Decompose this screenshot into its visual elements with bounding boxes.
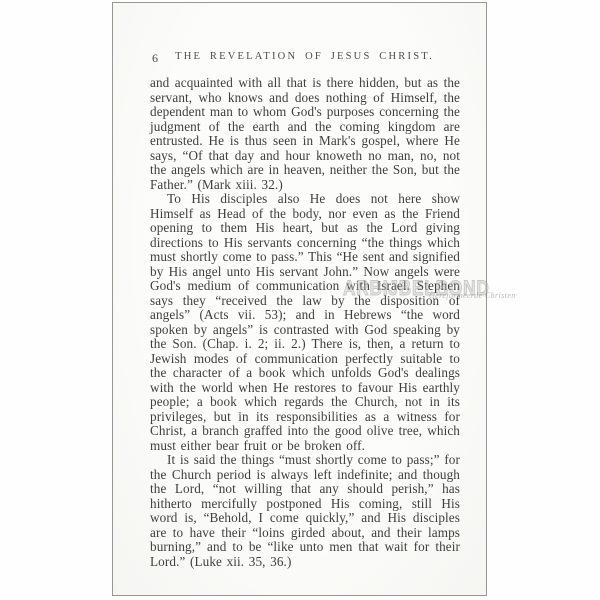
- page-body-text: and acquainted with all that is there hi…: [150, 76, 460, 569]
- running-title: THE REVELATION OF JESUS CHRIST.: [150, 51, 459, 62]
- paragraph: It is said the things “must shortly come…: [150, 453, 460, 569]
- page-number: 6: [152, 51, 158, 66]
- paragraph: and acquainted with all that is there hi…: [150, 76, 460, 192]
- book-page: 6 THE REVELATION OF JESUS CHRIST. and ac…: [112, 2, 487, 596]
- page-header: 6 THE REVELATION OF JESUS CHRIST.: [150, 51, 459, 65]
- scanned-page-background: 6 THE REVELATION OF JESUS CHRIST. and ac…: [0, 0, 600, 600]
- paragraph: To His disciples also He does not here s…: [150, 192, 460, 453]
